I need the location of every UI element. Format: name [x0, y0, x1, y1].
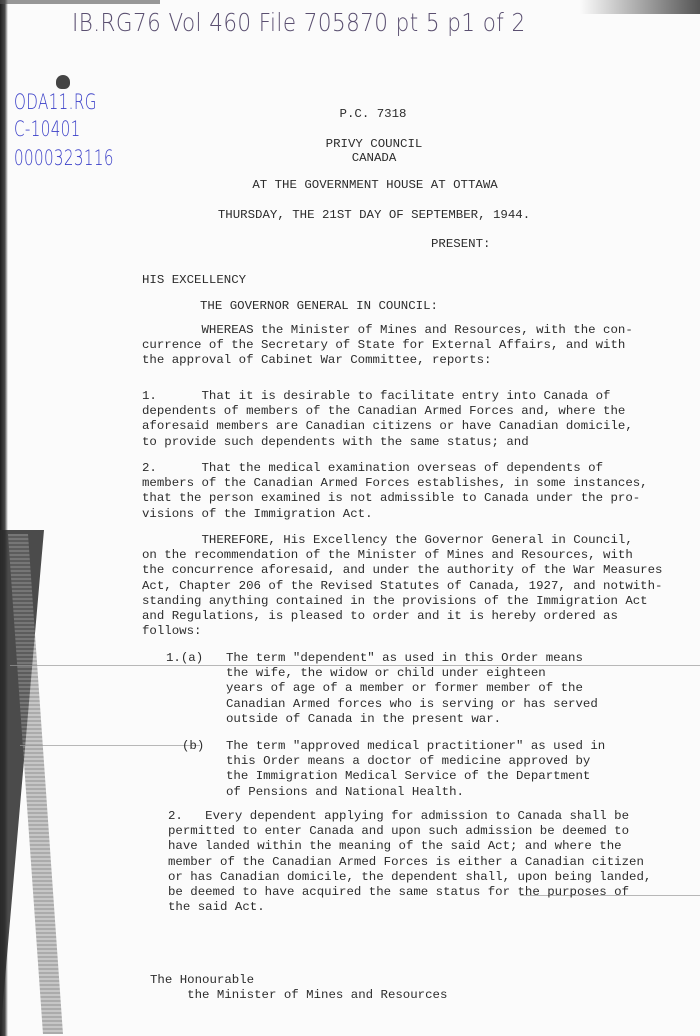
text-line: the approval of Cabinet War Committee, r…: [142, 353, 633, 368]
text-line: and Regulations, is pleased to order and…: [142, 609, 663, 624]
present-label: PRESENT:: [431, 237, 491, 253]
text-line: follows:: [142, 624, 663, 639]
text-line: the said Act.: [168, 900, 651, 915]
text-line: to provide such dependents with the same…: [142, 435, 633, 450]
text-line: standing anything contained in the provi…: [142, 594, 663, 609]
clause-1a-label: 1.(a): [166, 651, 203, 667]
country-heading: CANADA: [0, 151, 700, 167]
text-line: outside of Canada in the present war.: [226, 712, 598, 727]
clause-1b-label: (b): [182, 739, 204, 755]
text-line: visions of the Immigration Act.: [142, 507, 648, 522]
date-line: THURSDAY, THE 21ST DAY OF SEPTEMBER, 194…: [0, 208, 700, 224]
scan-border-top-left: [0, 0, 160, 4]
text-line: permitted to enter Canada and upon such …: [168, 824, 651, 839]
text-line: Canadian Armed forces who is serving or …: [226, 697, 598, 712]
clause-1a: The term "dependent" as used in this Ord…: [226, 651, 598, 727]
text-line: WHEREAS the Minister of Mines and Resour…: [142, 323, 633, 338]
location-line: AT THE GOVERNMENT HOUSE AT OTTAWA: [0, 178, 700, 194]
text-line: 2. Every dependent applying for admissio…: [168, 809, 651, 824]
text-line: the concurrence aforesaid, and under the…: [142, 563, 663, 578]
addressee-line-1: HIS EXCELLENCY: [142, 273, 246, 289]
recipient-line-1: The Honourable: [150, 973, 447, 988]
clause-2: 2. Every dependent applying for admissio…: [168, 809, 651, 915]
text-line: 2. That the medical examination overseas…: [142, 461, 648, 476]
scan-line: [20, 745, 200, 746]
text-line: dependents of members of the Canadian Ar…: [142, 404, 633, 419]
text-line: this Order means a doctor of medicine ap…: [226, 754, 605, 769]
ink-blot: [56, 75, 70, 89]
text-line: members of the Canadian Armed Forces est…: [142, 476, 648, 491]
text-line: that the person examined is not admissib…: [142, 491, 648, 506]
text-line: Act, Chapter 206 of the Revised Statutes…: [142, 579, 663, 594]
text-line: be deemed to have acquired the same stat…: [168, 885, 651, 900]
text-line: The term "approved medical practitioner"…: [226, 739, 605, 754]
text-line: aforesaid members are Canadian citizens …: [142, 419, 633, 434]
scan-border-top-right: [580, 0, 700, 14]
text-line: of Pensions and National Health.: [226, 785, 605, 800]
text-line: or has Canadian domicile, the dependent …: [168, 870, 651, 885]
text-line: currence of the Secretary of State for E…: [142, 338, 633, 353]
text-line: member of the Canadian Armed Forces is e…: [168, 855, 651, 870]
recital-2: 2. That the medical examination overseas…: [142, 461, 648, 522]
text-line: on the recommendation of the Minister of…: [142, 548, 663, 563]
whereas-paragraph: WHEREAS the Minister of Mines and Resour…: [142, 323, 633, 369]
clause-1b: The term "approved medical practitioner"…: [226, 739, 605, 800]
recipient-line-2: the Minister of Mines and Resources: [150, 988, 447, 1003]
text-line: years of age of a member or former membe…: [226, 681, 598, 696]
therefore-paragraph: THEREFORE, His Excellency the Governor G…: [142, 533, 663, 639]
recital-1: 1. That it is desirable to facilitate en…: [142, 389, 633, 450]
text-line: the wife, the widow or child under eight…: [226, 666, 598, 681]
recipient-block: The Honourable the Minister of Mines and…: [150, 973, 447, 1003]
handwritten-archive-reference: IB.RG76 Vol 460 File 705870 pt 5 p1 of 2: [72, 8, 526, 37]
text-line: The term "dependent" as used in this Ord…: [226, 651, 598, 666]
order-number: P.C. 7318: [0, 107, 700, 123]
text-line: 1. That it is desirable to facilitate en…: [142, 389, 633, 404]
text-line: have landed within the meaning of the sa…: [168, 839, 651, 854]
addressee-line-2: THE GOVERNOR GENERAL IN COUNCIL:: [200, 299, 438, 315]
text-line: the Immigration Medical Service of the D…: [226, 769, 605, 784]
text-line: THEREFORE, His Excellency the Governor G…: [142, 533, 663, 548]
